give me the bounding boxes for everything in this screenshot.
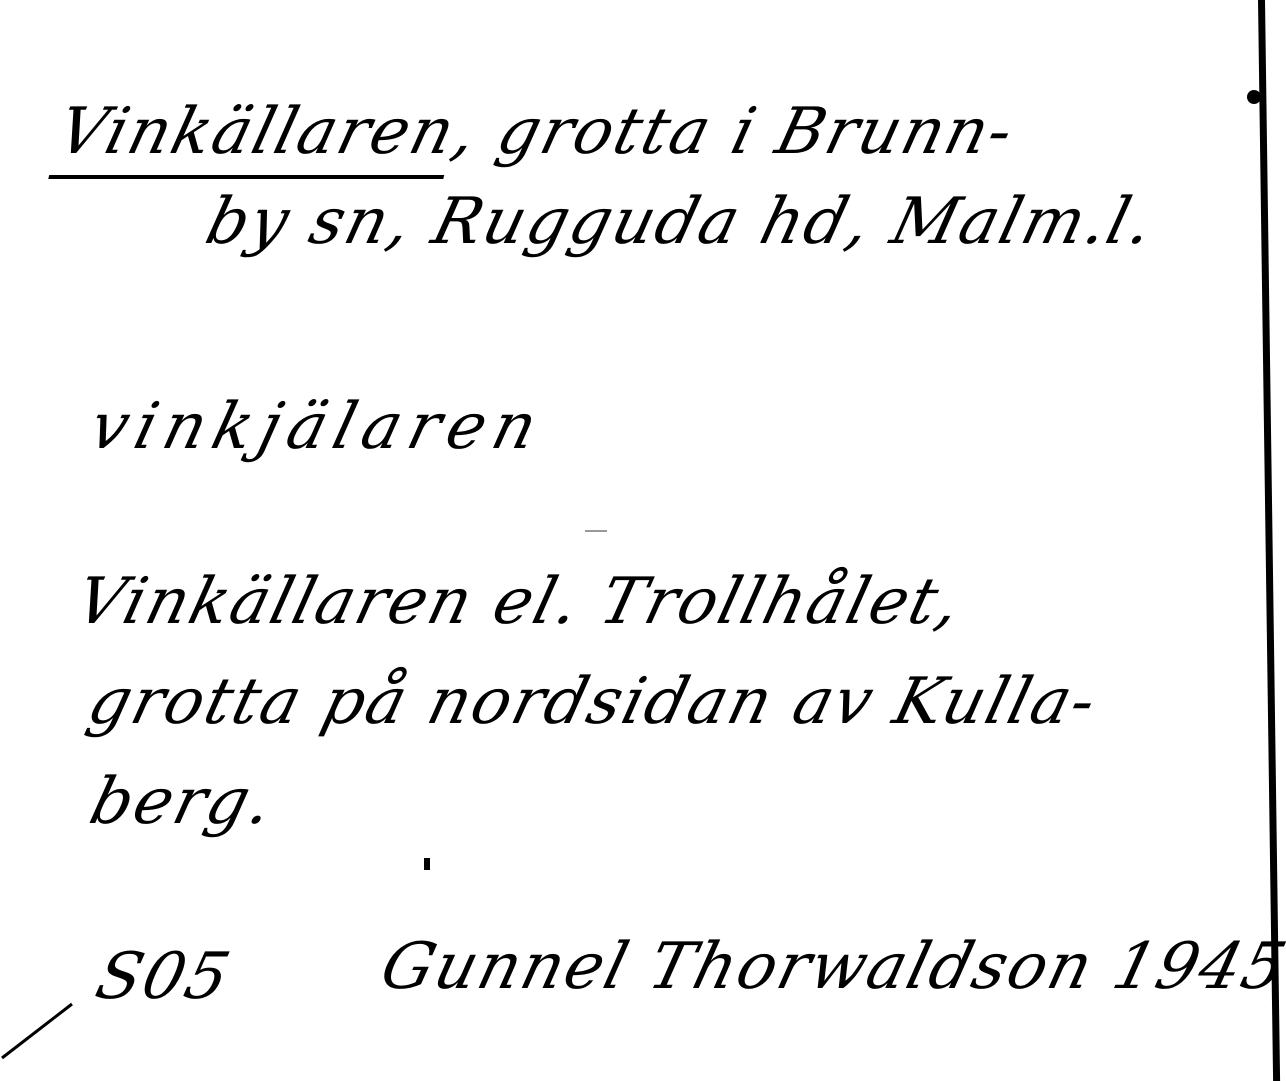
card-edge-border [1258,0,1280,1081]
dialect-form: vinkjälaren [84,395,551,459]
entry1-line1-rest: , grotta i Brunn- [445,95,1022,169]
headword: Vinkällaren [48,95,463,179]
archive-card: Vinkällaren, grotta i Brunn- by sn, Rugg… [0,0,1286,1081]
ink-dot [424,858,430,870]
card-number: S05 [90,945,237,1009]
card-edge-mark [1247,90,1261,104]
entry3-line1: Vinkällaren el. Trollhålet, [70,570,968,634]
separator-mark [585,530,607,532]
entry3-line2: grotta på nordsidan av Kulla- [82,670,1104,734]
entry3-line3: berg. [84,770,281,834]
pen-stroke [0,1000,80,1060]
entry1-line1: Vinkällaren, grotta i Brunn- [52,100,1021,164]
entry1-line2: by sn, Rugguda hd, Malm.l. [200,190,1161,254]
collector-signature: Gunnel Thorwaldson 1945. [375,935,1286,999]
